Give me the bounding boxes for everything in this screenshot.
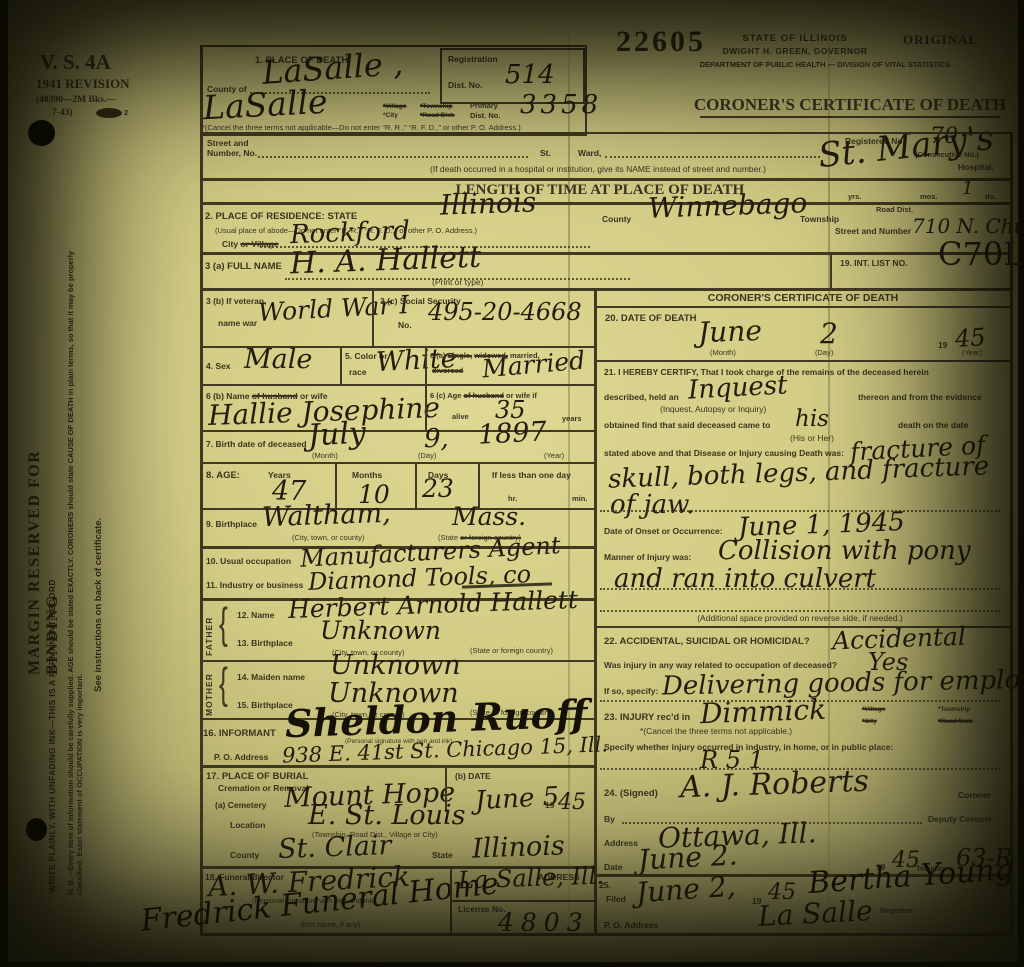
rule — [372, 291, 374, 346]
cause-line-3: of jaw. — [610, 492, 695, 518]
burial-state-value: Illinois — [472, 832, 566, 862]
print-or-type-note: (Print or type) — [432, 277, 484, 287]
ds-label: ds. — [985, 192, 996, 201]
death-year-note: (Year) — [962, 348, 982, 357]
funeral-address-value: La Salle, Ill. — [458, 863, 605, 892]
coroner-address-label: Address — [604, 838, 638, 848]
injury-recd-value: Dimmick — [700, 696, 827, 728]
additional-space-note: (Additional space provided on reverse si… — [620, 613, 980, 623]
death-month-value: June — [698, 317, 763, 347]
blank-line — [600, 588, 1000, 590]
ssn-value: 495-20-4668 — [428, 300, 582, 324]
injury-term-village: *Village — [862, 706, 885, 714]
township-label: Township — [800, 214, 839, 224]
term-township-text: *Township — [420, 103, 452, 110]
onset-label: Date of Onset or Occurrence: — [604, 526, 723, 536]
burial-county-label: County — [230, 850, 259, 860]
manner-label: Manner of Injury was: — [604, 552, 691, 562]
filed-po-value: La Salle — [757, 897, 873, 931]
burial-date-label: (b) DATE — [455, 771, 491, 781]
injury-recd-label: 23. INJURY rec'd in — [604, 712, 690, 723]
form-bottom-border — [200, 933, 1012, 936]
injury-term-road: *Road Dist. — [938, 718, 973, 726]
yrs-label: yrs. — [848, 192, 861, 201]
primary-label: Primary — [470, 101, 498, 110]
inquest-note: (Inquest, Autopsy or Inquiry) — [660, 404, 766, 414]
age-label: 8. AGE: — [206, 470, 240, 481]
form-left-border — [200, 45, 203, 936]
birth-month-value: July — [307, 419, 366, 452]
cancel-note: *(Cancel the three terms not applicable—… — [202, 123, 521, 132]
blank-line — [600, 610, 1000, 612]
term-village-text: *Village — [383, 103, 406, 110]
dist-no-value: 514 — [505, 62, 555, 88]
street-and-number-label: Street and Number — [835, 226, 911, 236]
birth-year-value: 1897 — [477, 418, 547, 449]
print-run-1: (48390—2M Bks.— — [36, 95, 116, 106]
margin-instructions-text: See instructions on back of certificate. — [93, 392, 104, 692]
years-suffix-label: years — [562, 414, 582, 423]
month-note: (Month) — [312, 451, 338, 460]
specify-label: If so, specify: — [604, 686, 658, 696]
certify-line-2: described, held an — [604, 392, 679, 402]
race-label: race — [349, 367, 367, 377]
term-road-dist: *Road Dist. — [420, 112, 455, 120]
header-title: CORONER'S CERTIFICATE OF DEATH — [690, 95, 1010, 115]
ward-label: Ward, — [578, 148, 601, 158]
accidental-label: 22. ACCIDENTAL, SUICIDAL OR HOMICIDAL? — [604, 636, 810, 647]
header-department: DEPARTMENT OF PUBLIC HEALTH — DIVISION O… — [640, 60, 1010, 69]
filed-date-value: June 2, — [635, 873, 736, 908]
injury-term-township: *Township — [938, 706, 970, 714]
dist-no-label: Dist. No. — [448, 80, 482, 90]
sex-label: 4. Sex — [206, 361, 231, 371]
occupation-label: 10. Usual occupation — [206, 556, 291, 566]
certify-line-5: death on the date — [898, 420, 968, 430]
margin-write-plainly-text: WRITE PLAINLY, WITH UNFADING INK—THIS IS… — [47, 268, 66, 893]
birthplace-label: 9. Birthplace — [206, 519, 257, 529]
burial-label: 17. PLACE OF BURIAL — [206, 771, 308, 782]
burial-location-value: E. St. Louis — [308, 802, 465, 829]
deputy-coroner-label: Deputy Coroner — [928, 814, 992, 824]
rule — [200, 462, 594, 464]
informant-label: 16. INFORMANT — [203, 728, 276, 739]
burial-state-label: State — [432, 850, 453, 860]
residence-county-value: Winnebago — [648, 189, 808, 223]
mother-brace: { — [219, 658, 228, 711]
rule — [450, 900, 594, 902]
funeral-firm-note: (firm name, if any) — [300, 920, 360, 929]
coroner-label: Coroner — [958, 790, 991, 800]
death-year-pre: 19 — [938, 340, 947, 350]
death-day-note: (Day) — [815, 348, 833, 357]
by-label: By — [604, 814, 615, 824]
full-name-value: H. A. Hallett — [290, 243, 482, 280]
primary-dist-no-label: Dist. No. — [470, 111, 500, 120]
year-note: (Year) — [544, 451, 564, 460]
name-war-label: name war — [218, 318, 257, 328]
coroner-date-label: Date — [604, 862, 622, 872]
road-dist-label: Road Dist. — [876, 205, 913, 214]
rule — [200, 384, 594, 386]
form-right-border — [1010, 132, 1013, 936]
rule — [200, 508, 594, 510]
hospital-note: (If death occurred in a hospital or inst… — [430, 164, 766, 174]
date-of-death-label: 20. DATE OF DEATH — [605, 313, 697, 324]
mother-maiden-value: Unknown — [330, 652, 461, 679]
death-month-note: (Month) — [710, 348, 736, 357]
min-label: min. — [572, 494, 587, 503]
street-and-number-value: 710 N. Church St. — [912, 216, 1024, 236]
filed-no-label: 25. — [599, 880, 611, 890]
rule — [425, 346, 427, 384]
blank-line — [258, 156, 528, 158]
birth-day-value: 9, — [424, 426, 449, 452]
birth-date-label: 7. Birth date of deceased — [206, 439, 307, 449]
street-label-1: Street and — [207, 138, 249, 148]
rule — [200, 132, 1012, 134]
injury-cancel-note: *(Cancel the three terms not applicable.… — [640, 726, 792, 736]
day-note: (Day) — [418, 451, 436, 460]
burial-year-value: 45 — [558, 792, 586, 814]
margin-nb-note: N. B.—Every item of information should b… — [66, 240, 92, 895]
coroner-cert-title: CORONER'S CERTIFICATE OF DEATH — [600, 292, 1006, 305]
ds-value: 1 — [962, 180, 973, 198]
mos-label: mos. — [920, 192, 938, 201]
filed-label: Filed — [606, 894, 626, 904]
column-divider — [594, 288, 597, 936]
header-state: STATE OF ILLINOIS — [690, 33, 900, 44]
print-run-2: 7-43) — [52, 108, 73, 119]
ssn-no-label: No. — [398, 320, 412, 330]
informant-po-label: P. O. Address — [214, 752, 268, 762]
residence-county-label: County — [602, 214, 631, 224]
rule — [415, 462, 417, 508]
term-road-dist-text: *Road Dist. — [420, 112, 455, 119]
union-bug-number: 2 — [124, 108, 128, 117]
less-than-day-label: If less than one day — [492, 470, 571, 480]
union-bug-icon — [96, 108, 122, 118]
father-birthplace-value: Unknown — [320, 618, 441, 643]
father-birthplace-label: 13. Birthplace — [237, 638, 293, 648]
full-name-label: 3 (a) FULL NAME — [205, 261, 282, 272]
alive-label: alive — [452, 412, 469, 421]
term-village: *Village — [383, 103, 406, 111]
certificate-photo: V. S. 4A 1941 REVISION (48390—2M Bks.— 7… — [0, 0, 1024, 967]
license-no-value: 4803 — [498, 910, 590, 935]
his-value: his — [795, 408, 829, 431]
street-label-2: Number, No. — [207, 148, 257, 158]
mother-maiden-label: 14. Maiden name — [237, 672, 305, 682]
registration-label: Registration — [448, 54, 498, 64]
rule — [200, 765, 594, 768]
birthplace-city-value: Waltham, — [262, 500, 392, 531]
city-value: LaSalle — [202, 85, 328, 124]
his-or-her-note: (His or Her) — [790, 433, 834, 443]
specify-value: Delivering goods for employer — [662, 667, 1024, 700]
registrar-label: Registrar — [880, 906, 913, 915]
father-birthplace-state-note: (State or foreign country) — [470, 646, 553, 655]
hole-punch — [26, 818, 47, 841]
rule — [597, 306, 1010, 308]
term-city: *City — [383, 112, 398, 120]
inquest-value: Inquest — [687, 372, 788, 403]
filed-po-label: P. O. Address — [604, 920, 658, 930]
signed-label: 24. (Signed) — [604, 788, 658, 799]
burial-year-pre: 19 — [545, 800, 554, 810]
blank-line — [605, 156, 820, 158]
hole-punch — [28, 120, 55, 146]
st-label: St. — [540, 148, 551, 158]
primary-dist-no-value: 3358 — [520, 92, 602, 118]
int-list-no-label: 19. INT. LIST NO. — [840, 258, 908, 268]
father-brace: { — [219, 598, 228, 651]
burial-location-label: Location — [230, 820, 265, 830]
rule — [830, 252, 832, 288]
birthplace-state-value: Mass. — [452, 504, 526, 529]
header-original: ORIGINAL — [903, 32, 978, 48]
header-governor: DWIGHT H. GREEN, GOVERNOR — [690, 46, 900, 56]
form-code: V. S. 4A — [40, 50, 111, 75]
death-day-value: 2 — [820, 320, 838, 348]
age-days-value: 23 — [422, 476, 454, 501]
father-name-label: 12. Name — [237, 610, 274, 620]
marital-divorced: divorced — [432, 366, 463, 375]
age-months-label: Months — [352, 470, 382, 480]
rule — [200, 288, 1012, 291]
county-value: LaSalle , — [261, 47, 404, 89]
rule — [597, 360, 1010, 362]
manner-line-1: Collision with pony — [718, 538, 971, 564]
term-township: *Township — [420, 103, 452, 111]
father-group-label: FATHER — [204, 604, 214, 656]
rule — [700, 116, 1000, 118]
residence-state-value: Illinois — [440, 188, 537, 219]
injury-term-city: *City — [862, 718, 877, 726]
coroner-signature: A. J. Roberts — [680, 767, 870, 804]
certify-line-4: obtained find that said deceased came to — [604, 420, 770, 430]
hospital-label: Hospital. — [958, 162, 994, 172]
certify-line-3: thereon and from the evidence — [858, 392, 982, 402]
industry-label: 11. Industry or business — [206, 580, 303, 590]
rule — [340, 346, 342, 384]
revision-label: 1941 REVISION — [36, 76, 130, 92]
birthplace-city-note: (City, town, or county) — [292, 533, 364, 542]
sex-value: Male — [244, 346, 312, 373]
cemetery-label: (a) Cemetery — [215, 800, 267, 810]
burial-county-value: St. Clair — [278, 832, 392, 863]
mother-group-label: MOTHER — [204, 664, 214, 716]
